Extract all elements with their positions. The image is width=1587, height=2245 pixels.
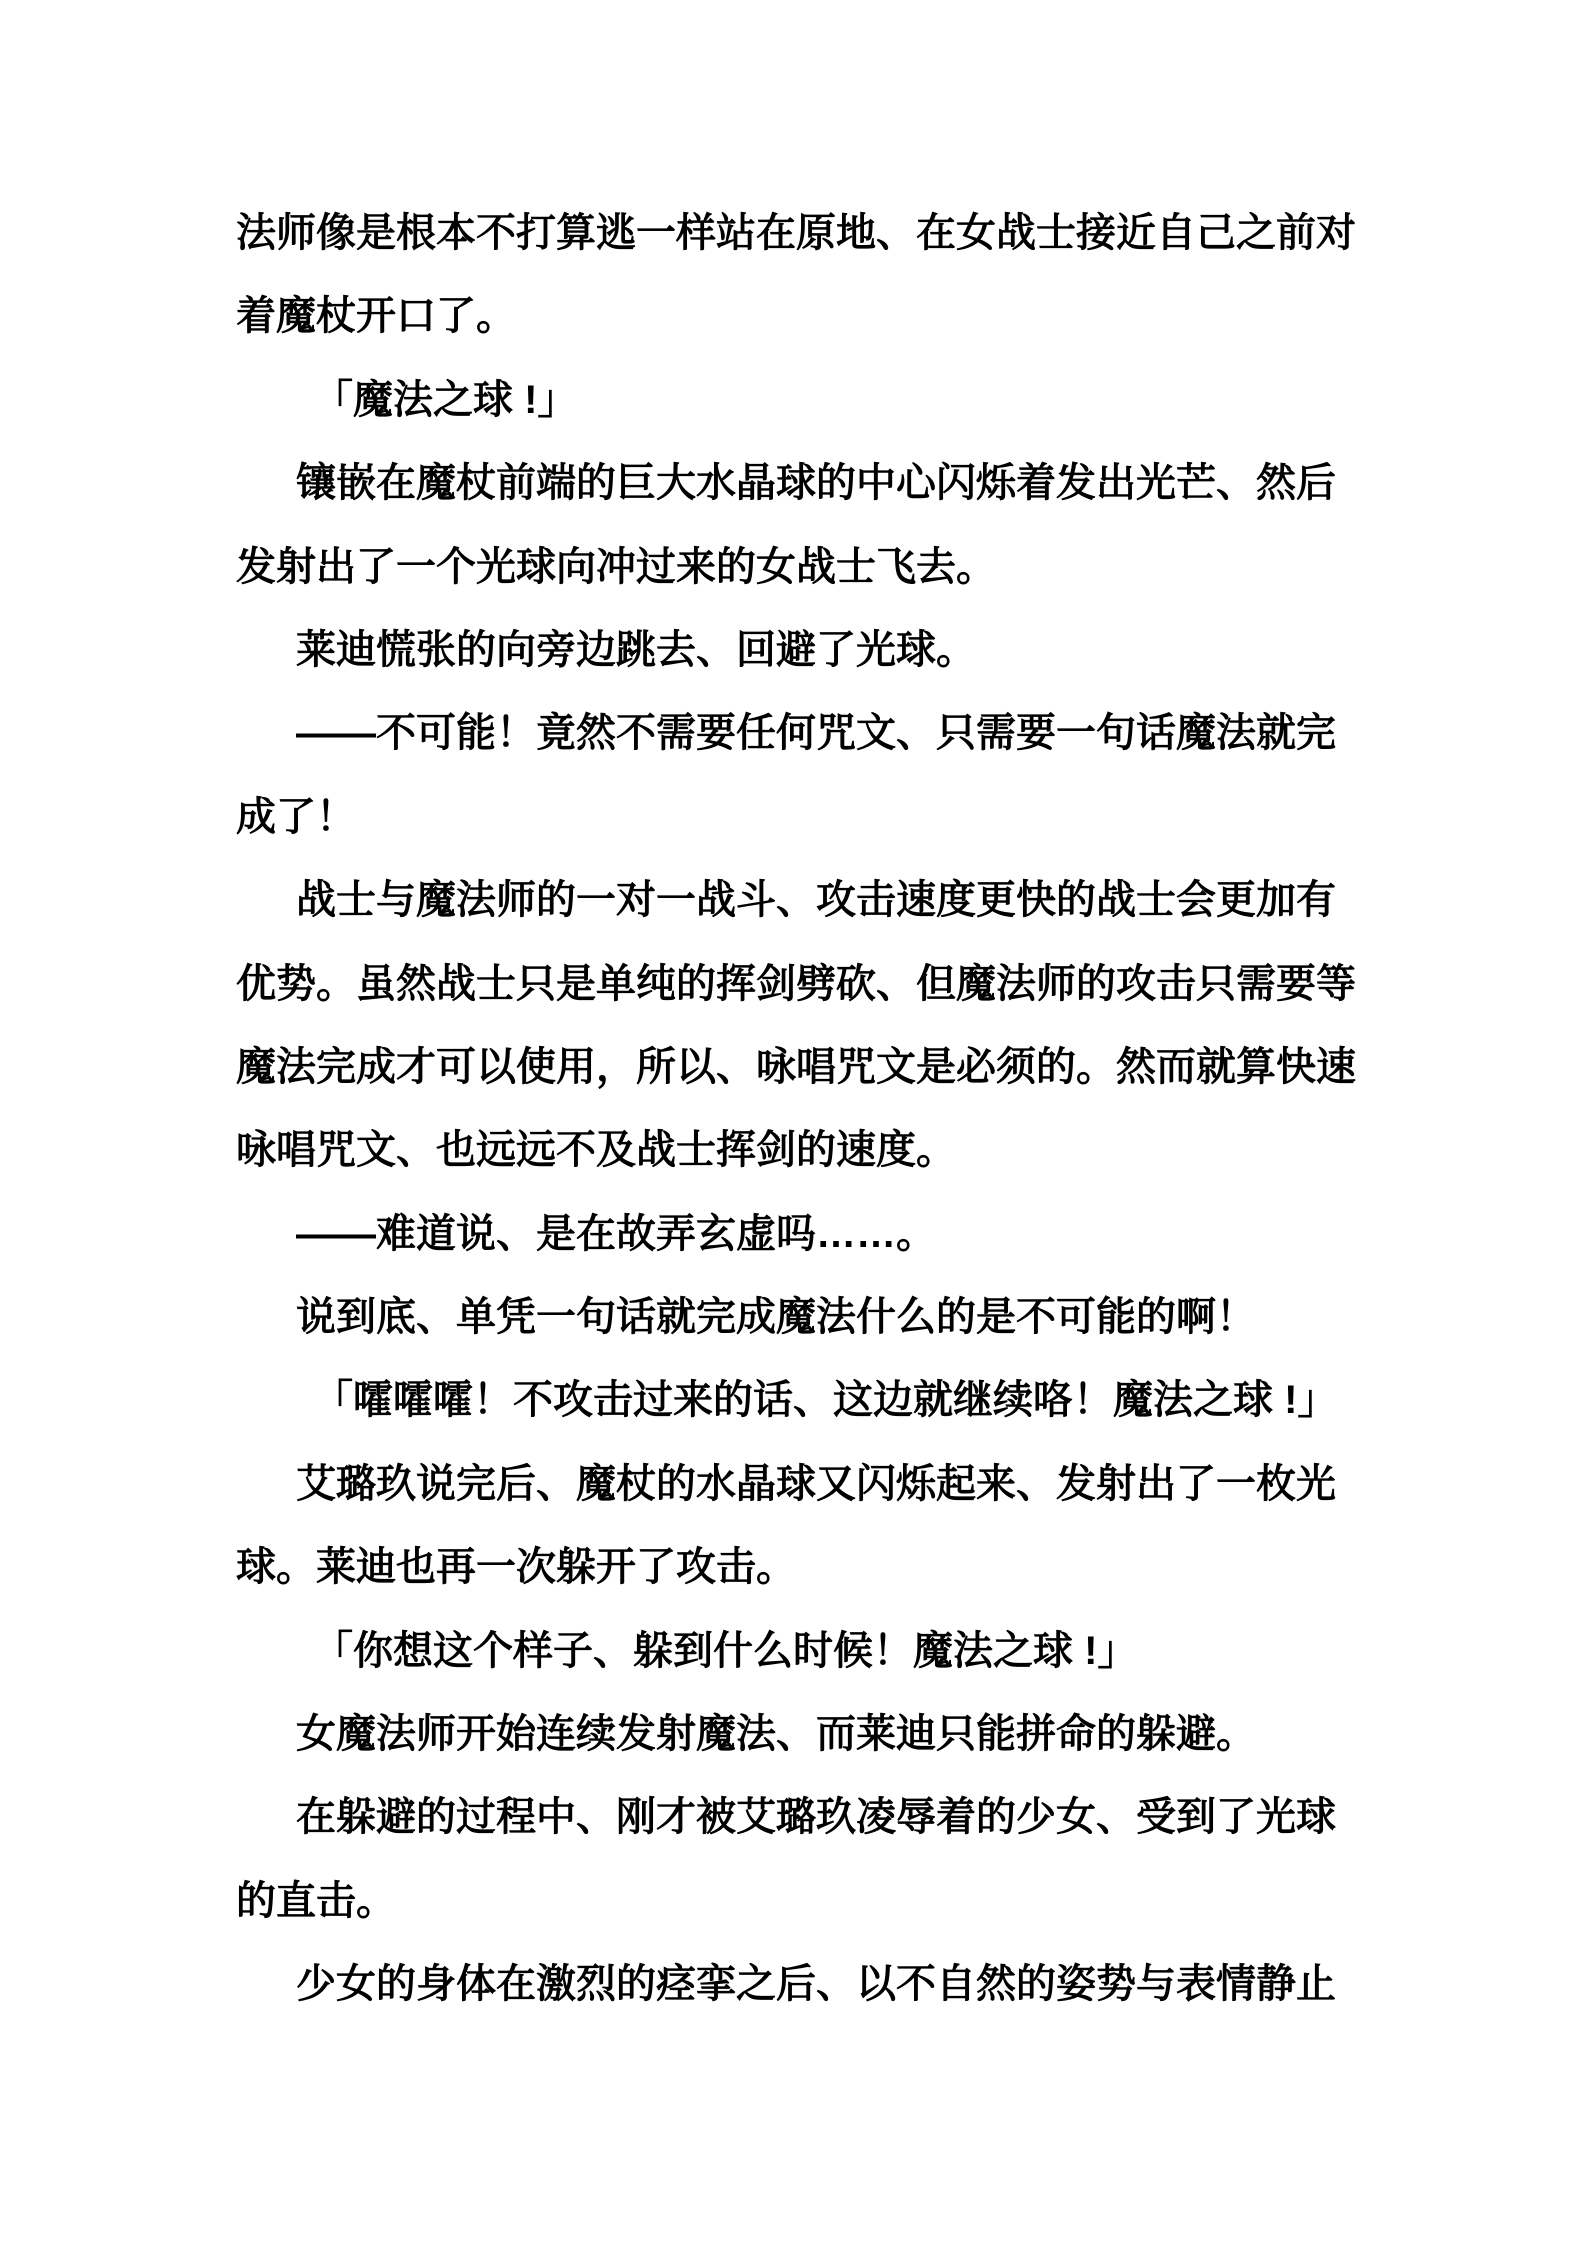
text-line-8: 成了！ — [236, 776, 1416, 859]
text-line-12: 咏唱咒文、也远远不及战士挥剑的速度。 — [236, 1109, 1416, 1192]
text-line-7: ——不可能！竟然不需要任何咒文、只需要一句话魔法就完 — [236, 692, 1416, 775]
text-line-15: 「嚯嚯嚯！不攻击过来的话、这边就继续咯！魔法之球 !」 — [236, 1359, 1416, 1442]
text-line-6: 莱迪慌张的向旁边跳去、回避了光球。 — [236, 609, 1416, 692]
text-line-22: 少女的身体在激烈的痉挛之后、以不自然的姿势与表情静止 — [236, 1943, 1416, 2026]
text-line-10: 优势。虽然战士只是单纯的挥剑劈砍、但魔法师的攻击只需要等 — [236, 943, 1416, 1026]
text-line-17: 球。莱迪也再一次躲开了攻击。 — [236, 1526, 1416, 1609]
text-line-18: 「你想这个样子、躲到什么时候！魔法之球 !」 — [236, 1610, 1416, 1693]
document-page: 法师像是根本不打算逃一样站在原地、在女战士接近自己之前对着魔杖开口了。「魔法之球… — [0, 0, 1587, 2245]
text-line-5: 发射出了一个光球向冲过来的女战士飞去。 — [236, 526, 1416, 609]
text-line-13: ——难道说、是在故弄玄虚吗……。 — [236, 1193, 1416, 1276]
text-line-16: 艾璐玖说完后、魔杖的水晶球又闪烁起来、发射出了一枚光 — [236, 1443, 1416, 1526]
text-line-3: 「魔法之球 !」 — [236, 359, 1416, 442]
text-line-11: 魔法完成才可以使用，所以、咏唱咒文是必须的。然而就算快速 — [236, 1026, 1416, 1109]
text-line-21: 的直击。 — [236, 1860, 1416, 1943]
text-line-4: 镶嵌在魔杖前端的巨大水晶球的中心闪烁着发出光芒、然后 — [236, 442, 1416, 525]
text-line-19: 女魔法师开始连续发射魔法、而莱迪只能拼命的躲避。 — [236, 1693, 1416, 1776]
text-line-20: 在躲避的过程中、刚才被艾璐玖凌辱着的少女、受到了光球 — [236, 1776, 1416, 1859]
story-text: 法师像是根本不打算逃一样站在原地、在女战士接近自己之前对着魔杖开口了。「魔法之球… — [236, 192, 1416, 2027]
text-line-1: 法师像是根本不打算逃一样站在原地、在女战士接近自己之前对 — [236, 192, 1416, 275]
text-line-9: 战士与魔法师的一对一战斗、攻击速度更快的战士会更加有 — [236, 859, 1416, 942]
text-line-14: 说到底、单凭一句话就完成魔法什么的是不可能的啊！ — [236, 1276, 1416, 1359]
text-line-2: 着魔杖开口了。 — [236, 275, 1416, 358]
